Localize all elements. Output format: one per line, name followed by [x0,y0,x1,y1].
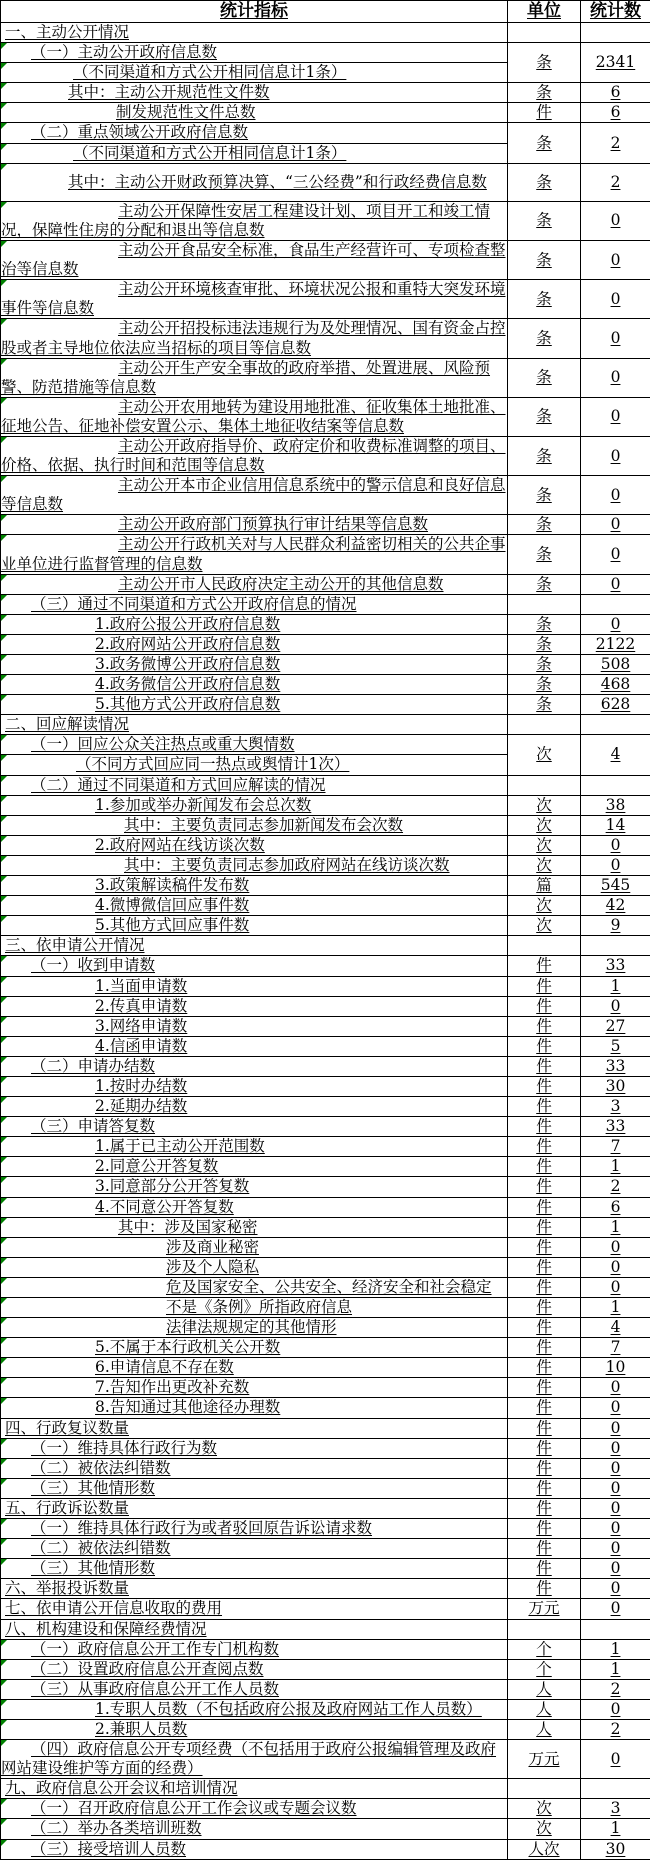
table-row: 1.属于已主动公开范围数件7 [1,1137,650,1157]
unit-text: 件 [536,1117,552,1135]
cell-corner-marker-icon [1,977,7,983]
indicator-cell: （一）维持具体行政行为或者驳回原告诉讼请求数 [1,1519,508,1539]
unit-cell: 条 [508,280,581,319]
unit-cell: 次 [508,735,581,775]
value-cell: 7 [581,1338,650,1358]
value-cell: 9 [581,916,650,936]
indicator-text: 3.政务微博公开政府信息数 [95,655,280,673]
indicator-text: （不同方式回应同一热点或舆情计1次） [76,755,349,773]
table-row: 3.政策解读稿件发布数篇545 [1,876,650,896]
indicator-cell: （一）回应公众关注热点或重大舆情数 [1,735,508,755]
table-row: 5.其他方式公开政府信息数条628 [1,695,650,715]
unit-cell: 件 [508,1137,581,1157]
table-row: 5.不属于本行政机关公开数件7 [1,1338,650,1358]
indicator-text: 1.按时办结数 [95,1077,187,1095]
indicator-cell: 4.不同意公开答复数 [1,1197,508,1217]
unit-cell: 条 [508,358,581,397]
value-text: 30 [606,1077,626,1095]
value-cell: 0 [581,535,650,574]
value-text: 0 [611,545,621,563]
unit-cell: 件 [508,1097,581,1117]
cell-corner-marker-icon [1,816,7,822]
value-cell: 2 [581,1177,650,1197]
table-row: （四）政府信息公开专项经费（不包括用于政府公报编辑管理及政府网站建设维护等方面的… [1,1740,650,1779]
value-cell: 0 [581,996,650,1016]
table-body: 一、主动公开情况（一）主动公开政府信息数条2341（不同渠道和方式公开相同信息计… [1,23,650,1860]
cell-corner-marker-icon [1,43,7,49]
cell-corner-marker-icon [1,997,7,1003]
cell-corner-marker-icon [1,1700,7,1706]
value-cell [581,1619,650,1639]
value-text: 545 [601,876,631,894]
table-row: 6.申请信息不存在数件10 [1,1358,650,1378]
cell-corner-marker-icon [1,1077,7,1083]
unit-cell: 人 [508,1679,581,1699]
value-cell: 0 [581,1418,650,1438]
table-row: 主动公开招投标违法违规行为及处理情况、国有资金占控股或者主导地位依法应当招标的项… [1,319,650,358]
indicator-cell: （不同方式回应同一热点或舆情计1次） [1,755,508,775]
cell-corner-marker-icon [1,1097,7,1103]
value-text: 10 [606,1358,626,1376]
unit-text: 件 [536,103,552,121]
indicator-text: 4.微博微信回应事件数 [95,896,249,914]
value-cell: 30 [581,1076,650,1096]
cell-corner-marker-icon [1,1559,7,1565]
unit-text: 条 [536,615,552,633]
indicator-cell: 二、回应解读情况 [1,715,508,735]
unit-text: 件 [536,1238,552,1256]
indicator-cell: 2.传真申请数 [1,996,508,1016]
value-cell: 0 [581,835,650,855]
indicator-cell: （三）其他情形数 [1,1478,508,1498]
value-text: 4 [611,745,621,763]
unit-cell: 件 [508,1257,581,1277]
indicator-cell: 主动公开招投标违法违规行为及处理情况、国有资金占控股或者主导地位依法应当招标的项… [1,319,508,358]
indicator-text: （三）申请答复数 [31,1117,155,1135]
table-row: （二）重点领域公开政府信息数条2 [1,123,650,143]
indicator-text: （三）其他情形数 [31,1479,155,1497]
indicator-text: 2.政府网站公开政府信息数 [95,635,280,653]
unit-text: 次 [536,796,552,814]
indicator-cell: 2.政府网站公开政府信息数 [1,634,508,654]
indicator-text: 7.告知作出更改补充数 [95,1378,249,1396]
value-text: 1 [611,1640,621,1658]
indicator-text: 主动公开政府部门预算执行审计结果等信息数 [118,515,428,533]
cell-corner-marker-icon [1,83,7,89]
unit-text: 次 [536,836,552,854]
indicator-text: 3.网络申请数 [95,1017,187,1035]
unit-cell: 件 [508,1277,581,1297]
unit-text: 人 [536,1700,552,1718]
indicator-cell: 2.同意公开答复数 [1,1157,508,1177]
value-cell: 0 [581,1237,650,1257]
indicator-text: 六、举报投诉数量 [5,1579,129,1597]
value-text: 628 [601,695,631,713]
cell-corner-marker-icon [1,1519,7,1525]
value-text: 2 [611,1177,621,1195]
value-cell: 0 [581,358,650,397]
cell-corner-marker-icon [1,615,7,621]
value-cell: 0 [581,614,650,634]
indicator-cell: 其中：主要负责同志参加政府网站在线访谈次数 [1,855,508,875]
table-row: 主动公开政府部门预算执行审计结果等信息数条0 [1,515,650,535]
unit-cell: 件 [508,1036,581,1056]
unit-cell: 条 [508,319,581,358]
unit-cell: 条 [508,43,581,83]
cell-corner-marker-icon [1,1439,7,1445]
value-text: 7 [611,1338,621,1356]
indicator-text: 5.不属于本行政机关公开数 [95,1338,280,1356]
indicator-cell: 3.政策解读稿件发布数 [1,876,508,896]
value-text: 0 [611,486,621,504]
unit-text: 件 [536,1358,552,1376]
indicator-text: 二、回应解读情况 [5,715,129,733]
value-text: 0 [611,1750,621,1768]
indicator-cell: （一）维持具体行政行为数 [1,1438,508,1458]
indicator-text: 其中：主要负责同志参加新闻发布会次数 [124,816,403,834]
value-text: 0 [611,1700,621,1718]
value-text: 1 [611,1157,621,1175]
indicator-cell: 2.兼职人员数 [1,1719,508,1739]
cell-corner-marker-icon [1,1137,7,1143]
value-text: 0 [611,1499,621,1517]
indicator-cell: 1.当面申请数 [1,976,508,996]
table-row: （一）回应公众关注热点或重大舆情数次4 [1,735,650,755]
indicator-cell: 一、主动公开情况 [1,23,508,43]
value-cell [581,936,650,956]
unit-text: 条 [536,695,552,713]
indicator-cell: （四）政府信息公开专项经费（不包括用于政府公报编辑管理及政府网站建设维护等方面的… [1,1740,508,1779]
cell-corner-marker-icon [1,896,7,902]
col-header-unit: 单位 [508,1,581,23]
indicator-cell: 六、举报投诉数量 [1,1579,508,1599]
cell-corner-marker-icon [1,1378,7,1384]
unit-cell: 件 [508,1237,581,1257]
unit-text: 件 [536,1057,552,1075]
value-cell: 508 [581,655,650,675]
value-text: 0 [611,1519,621,1537]
table-row: （三）通过不同渠道和方式公开政府信息的情况 [1,594,650,614]
unit-text: 条 [536,655,552,673]
indicator-cell: （不同渠道和方式公开相同信息计1条） [1,143,508,163]
header-row: 统计指标 单位 统计数 [1,1,650,23]
table-row: 3.同意部分公开答复数件2 [1,1177,650,1197]
indicator-cell: 主动公开政府指导价、政府定价和收费标准调整的项目、价格、依据、执行时间和范围等信… [1,436,508,475]
value-cell: 0 [581,1579,650,1599]
value-text: 0 [611,1238,621,1256]
indicator-text: （三）通过不同渠道和方式公开政府信息的情况 [31,595,357,613]
table-row: （三）其他情形数件0 [1,1478,650,1498]
unit-cell: 条 [508,695,581,715]
value-cell: 0 [581,1740,650,1779]
indicator-cell: （二）设置政府信息公开查阅点数 [1,1659,508,1679]
table-row: 三、依申请公开情况 [1,936,650,956]
cell-corner-marker-icon [1,1037,7,1043]
indicator-text: 1.专职人员数（不包括政府公报及政府网站工作人员数） [95,1700,482,1718]
indicator-text: 主动公开保障性安居工程建设计划、项目开工和竣工情况，保障性住房的分配和退出等信息… [1,202,490,239]
value-cell: 0 [581,1438,650,1458]
table-row: 5.其他方式回应事件数次9 [1,916,650,936]
unit-cell: 件 [508,1117,581,1137]
indicator-cell: 主动公开生产安全事故的政府举措、处置进展、风险预警、防范措施等信息数 [1,358,508,397]
value-cell [581,23,650,43]
indicator-cell: 主动公开政府部门预算执行审计结果等信息数 [1,515,508,535]
table-row: 2.延期办结数件3 [1,1097,650,1117]
indicator-text: 6.申请信息不存在数 [95,1358,234,1376]
unit-cell: 条 [508,614,581,634]
value-cell: 5 [581,1036,650,1056]
value-text: 0 [611,290,621,308]
value-text: 0 [611,1439,621,1457]
value-text: 2122 [596,635,635,653]
unit-cell [508,715,581,735]
unit-text: 条 [536,635,552,653]
indicator-cell: 5.不属于本行政机关公开数 [1,1338,508,1358]
table-row: 主动公开保障性安居工程建设计划、项目开工和竣工情况，保障性住房的分配和退出等信息… [1,201,650,240]
indicator-cell: 九、政府信息公开会议和培训情况 [1,1779,508,1799]
indicator-cell: 法律法规规定的其他情形 [1,1318,508,1338]
unit-cell: 次 [508,855,581,875]
table-row: 其中：主动公开规范性文件数条6 [1,83,650,103]
indicator-text: 4.不同意公开答复数 [95,1198,234,1216]
indicator-cell: 制发规范性文件总数 [1,103,508,123]
value-cell: 628 [581,695,650,715]
unit-text: 万元 [528,1750,559,1768]
value-cell: 0 [581,1458,650,1478]
unit-cell: 件 [508,1378,581,1398]
value-text: 33 [606,1117,626,1135]
value-text: 0 [611,251,621,269]
table-row: 4.信函申请数件5 [1,1036,650,1056]
indicator-text: （一）政府信息公开工作专门机构数 [31,1640,279,1658]
unit-cell: 件 [508,956,581,976]
unit-cell: 件 [508,1076,581,1096]
unit-cell: 件 [508,1318,581,1338]
value-cell: 0 [581,1699,650,1719]
indicator-text: （三）其他情形数 [31,1559,155,1577]
indicator-cell: 7.告知作出更改补充数 [1,1378,508,1398]
indicator-text: 制发规范性文件总数 [116,103,256,121]
value-cell: 0 [581,1277,650,1297]
indicator-cell: （三）从事政府信息公开工作人员数 [1,1679,508,1699]
indicator-cell: （三）接受培训人员数 [1,1839,508,1859]
indicator-text: 主动公开食品安全标准，食品生产经营许可、专项检查整治等信息数 [1,241,506,278]
table-row: 主动公开生产安全事故的政府举措、处置进展、风险预警、防范措施等信息数条0 [1,358,650,397]
unit-cell: 次 [508,835,581,855]
value-cell: 545 [581,876,650,896]
value-cell: 42 [581,896,650,916]
value-cell: 1 [581,1298,650,1318]
indicator-cell: 主动公开市人民政府决定主动公开的其他信息数 [1,574,508,594]
unit-text: 件 [536,1459,552,1477]
table-row: （一）维持具体行政行为数件0 [1,1438,650,1458]
indicator-cell: 八、机构建设和保障经费情况 [1,1619,508,1639]
unit-cell: 条 [508,436,581,475]
cell-corner-marker-icon [1,103,7,109]
statistics-table: 统计指标 单位 统计数 一、主动公开情况（一）主动公开政府信息数条2341（不同… [0,0,650,1860]
indicator-text: 5.其他方式公开政府信息数 [95,695,280,713]
indicator-text: 涉及个人隐私 [166,1258,259,1276]
indicator-cell: 三、依申请公开情况 [1,936,508,956]
value-text: 1 [611,1819,621,1837]
value-cell: 2 [581,1679,650,1699]
value-text: 27 [606,1017,626,1035]
indicator-cell: （二）被依法纠错数 [1,1539,508,1559]
unit-text: 人 [536,1720,552,1738]
value-text: 1 [611,977,621,995]
unit-text: 件 [536,1077,552,1095]
indicator-cell: 主动公开保障性安居工程建设计划、项目开工和竣工情况，保障性住房的分配和退出等信息… [1,201,508,240]
unit-cell: 件 [508,1298,581,1318]
indicator-text: 1.属于已主动公开范围数 [95,1137,265,1155]
value-cell: 0 [581,1559,650,1579]
value-text: 2 [611,173,621,191]
unit-text: 次 [536,745,552,763]
unit-cell [508,594,581,614]
indicator-cell: （三）申请答复数 [1,1117,508,1137]
table-row: 主动公开政府指导价、政府定价和收费标准调整的项目、价格、依据、执行时间和范围等信… [1,436,650,475]
table-row: 4.政务微信公开政府信息数条468 [1,675,650,695]
unit-cell: 条 [508,655,581,675]
value-cell: 4 [581,1318,650,1338]
indicator-text: （一）召开政府信息公开工作会议或专题会议数 [31,1799,357,1817]
value-text: 1 [611,1218,621,1236]
cell-corner-marker-icon [1,1177,7,1183]
table-row: 4.不同意公开答复数件6 [1,1197,650,1217]
unit-cell: 条 [508,515,581,535]
unit-text: 条 [536,173,552,191]
unit-cell: 条 [508,476,581,515]
value-cell: 1 [581,1157,650,1177]
value-cell: 0 [581,1378,650,1398]
value-cell: 6 [581,103,650,123]
value-cell [581,594,650,614]
unit-cell: 篇 [508,876,581,896]
table-row: 其中：主要负责同志参加政府网站在线访谈次数次0 [1,855,650,875]
value-text: 42 [606,896,626,914]
table-row: （二）被依法纠错数件0 [1,1458,650,1478]
unit-cell: 条 [508,123,581,163]
unit-cell: 条 [508,241,581,280]
value-cell: 1 [581,1819,650,1839]
table-row: （一）维持具体行政行为或者驳回原告诉讼请求数件0 [1,1519,650,1539]
value-text: 0 [611,329,621,347]
indicator-cell: （三）其他情形数 [1,1559,508,1579]
value-cell: 33 [581,1056,650,1076]
value-cell: 0 [581,319,650,358]
cell-corner-marker-icon [1,1799,7,1805]
cell-corner-marker-icon [1,595,7,601]
indicator-text: 2.延期办结数 [95,1097,187,1115]
table-row: 涉及个人隐私件0 [1,1257,650,1277]
indicator-text: （一）回应公众关注热点或重大舆情数 [31,735,295,753]
unit-cell: 件 [508,1498,581,1518]
indicator-cell: 6.申请信息不存在数 [1,1358,508,1378]
table-row: （一）主动公开政府信息数条2341 [1,43,650,63]
indicator-text: （不同渠道和方式公开相同信息计1条） [73,63,346,81]
unit-text: 条 [536,368,552,386]
value-text: 0 [611,575,621,593]
cell-corner-marker-icon [1,755,7,761]
unit-cell [508,23,581,43]
table-row: （一）政府信息公开工作专门机构数个1 [1,1639,650,1659]
value-text: 3 [611,1097,621,1115]
indicator-text: 3.政策解读稿件发布数 [95,876,249,894]
unit-cell: 件 [508,1539,581,1559]
value-cell: 2341 [581,43,650,83]
value-cell: 0 [581,855,650,875]
value-cell: 0 [581,280,650,319]
unit-text: 条 [536,83,552,101]
value-cell: 0 [581,1498,650,1518]
unit-text: 件 [536,977,552,995]
indicator-text: 三、依申请公开情况 [5,936,145,954]
table-row: 主动公开食品安全标准，食品生产经营许可、专项检查整治等信息数条0 [1,241,650,280]
indicator-text: 主动公开农用地转为建设用地批准、征收集体土地批准、征地公告、征地补偿安置公示、集… [1,398,506,435]
indicator-cell: 1.参加或举办新闻发布会总次数 [1,795,508,815]
unit-cell: 件 [508,1398,581,1418]
cell-corner-marker-icon [1,856,7,862]
indicator-text: 不是《条例》所指政府信息 [166,1298,352,1316]
cell-corner-marker-icon [1,695,7,701]
indicator-text: 主动公开环境核查审批、环境状况公报和重特大突发环境事件等信息数 [1,280,506,317]
value-text: 6 [611,103,621,121]
indicator-text: （二）申请办结数 [31,1057,155,1075]
table-row: （一）收到申请数件33 [1,956,650,976]
value-cell [581,1779,650,1799]
unit-text: 条 [536,447,552,465]
value-cell: 1 [581,1217,650,1237]
unit-text: 件 [536,1258,552,1276]
unit-text: 件 [536,1278,552,1296]
table-row: 1.专职人员数（不包括政府公报及政府网站工作人员数）人0 [1,1699,650,1719]
indicator-cell: 主动公开农用地转为建设用地批准、征收集体土地批准、征地公告、征地补偿安置公示、集… [1,397,508,436]
table-row: 其中：主动公开财政预算决算、“三公经费”和行政经费信息数条2 [1,163,650,201]
indicator-text: 主动公开生产安全事故的政府举措、处置进展、风险预警、防范措施等信息数 [1,359,490,396]
unit-cell [508,1779,581,1799]
cell-corner-marker-icon [1,1117,7,1123]
unit-text: 件 [536,1378,552,1396]
cell-corner-marker-icon [1,515,7,521]
unit-text: 件 [536,1177,552,1195]
unit-text: 次 [536,916,552,934]
unit-cell: 次 [508,896,581,916]
cell-corner-marker-icon [1,1479,7,1485]
indicator-cell: 涉及个人隐私 [1,1257,508,1277]
indicator-cell: 2.政府网站在线访谈次数 [1,835,508,855]
indicator-text: 8.告知通过其他途径办理数 [95,1398,280,1416]
indicator-text: 五、行政诉讼数量 [5,1499,129,1517]
cell-corner-marker-icon [1,437,7,443]
indicator-text: 四、行政复议数量 [5,1419,129,1437]
indicator-text: （一）维持具体行政行为数 [31,1439,217,1457]
cell-corner-marker-icon [1,876,7,882]
indicator-cell: 涉及商业秘密 [1,1237,508,1257]
value-text: 2341 [596,53,635,71]
cell-corner-marker-icon [1,1640,7,1646]
table-row: （二）通过不同渠道和方式回应解读的情况 [1,775,650,795]
value-text: 468 [601,675,631,693]
value-cell: 2 [581,123,650,163]
unit-cell: 条 [508,675,581,695]
unit-text: 次 [536,896,552,914]
value-cell: 0 [581,574,650,594]
unit-text: 条 [536,515,552,533]
cell-corner-marker-icon [1,1720,7,1726]
value-cell: 3 [581,1097,650,1117]
cell-corner-marker-icon [1,1398,7,1404]
indicator-text: 4.政务微信公开政府信息数 [95,675,280,693]
